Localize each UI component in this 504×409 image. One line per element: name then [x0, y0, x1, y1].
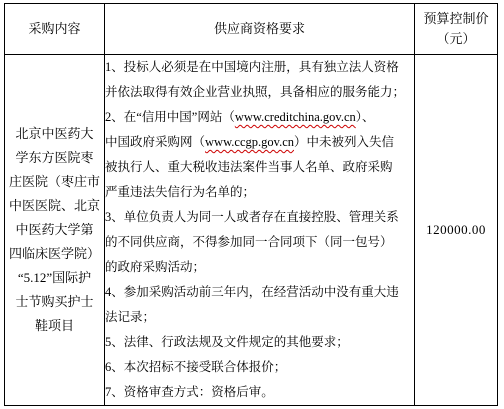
qualification-text: 1、投标人必须是在中国境内注册，具有独立法人资格 并依法取得有效企业营业执照，具… [105, 60, 405, 99]
qualification-text: 2、在“信用中国”网站（ [105, 110, 235, 124]
budget-price-cell: 120000.00 [415, 55, 498, 406]
table-header-row: 采购内容 供应商资格要求 预算控制价 （元） [5, 4, 498, 55]
header-budget-price: 预算控制价 （元） [415, 4, 498, 55]
qualification-item: 4、参加采购活动前三年内，在经营活动中没有重大违 法记录； [105, 280, 414, 330]
qualification-text: 4、参加采购活动前三年内，在经营活动中没有重大违 法记录； [105, 285, 399, 324]
qualification-text: 5、法律、行政法规及文件规定的其他要求； [105, 335, 349, 349]
qualification-item: 1、投标人必须是在中国境内注册，具有独立法人资格 并依法取得有效企业营业执照，具… [105, 55, 414, 105]
qualification-item: 3、单位负责人为同一人或者存在直接控股、管理关系 的不同供应商，不得参加同一合同… [105, 205, 414, 280]
qualification-item: 7、资格审查方式：资格后审。 [105, 380, 414, 405]
table-body-row: 北京中医药大 学东方医院枣 庄医院（枣庄市 中医医院、北京 中医药大学第 四临床… [5, 55, 498, 406]
header-procurement-content: 采购内容 [5, 4, 105, 55]
url-text: www.ccgp.gov.cn [205, 135, 294, 149]
qualification-text: 3、单位负责人为同一人或者存在直接控股、管理关系 的不同供应商，不得参加同一合同… [105, 210, 399, 274]
qualification-item: 6、本次招标不接受联合体报价； [105, 355, 414, 380]
procurement-table: 采购内容 供应商资格要求 预算控制价 （元） 北京中医药大 学东方医院枣 庄医院… [4, 3, 498, 406]
procurement-content-cell: 北京中医药大 学东方医院枣 庄医院（枣庄市 中医医院、北京 中医药大学第 四临床… [5, 55, 105, 406]
qualification-text: 7、资格审查方式：资格后审。 [105, 385, 274, 399]
qualification-text: 6、本次招标不接受联合体报价； [105, 360, 286, 374]
header-supplier-qualification: 供应商资格要求 [105, 4, 415, 55]
qualification-cell: 1、投标人必须是在中国境内注册，具有独立法人资格 并依法取得有效企业营业执照，具… [105, 55, 415, 406]
url-text: www.creditchina.gov.cn [235, 110, 356, 124]
qualification-item: 5、法律、行政法规及文件规定的其他要求； [105, 330, 414, 355]
qualification-item: 2、在“信用中国”网站（www.creditchina.gov.cn）、 中国政… [105, 105, 414, 205]
